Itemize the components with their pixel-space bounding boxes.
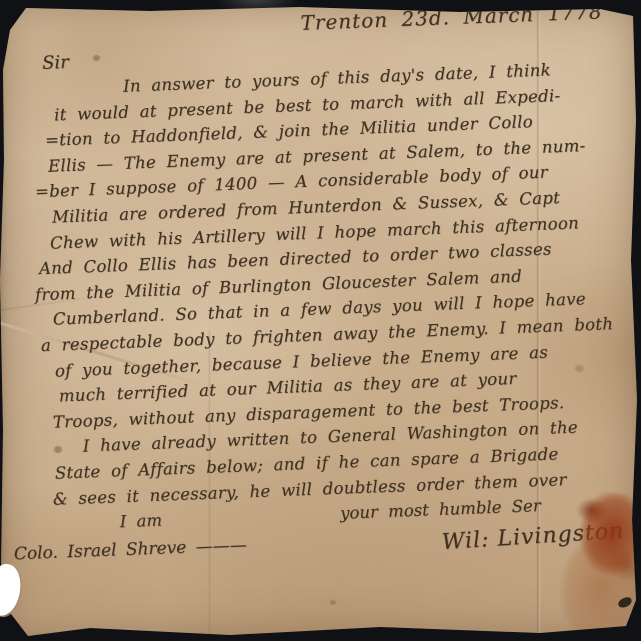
paper-speck [330,600,336,605]
paper-speck [54,446,62,453]
letter-body: In answer to yours of this day's date, I… [31,58,625,515]
paper-speck [93,55,100,61]
letter-paper: Trenton 23d. March 1778 Sir In answer to… [0,0,641,641]
paper-speck [575,365,584,372]
letter-text: Trenton 23d. March 1778 Sir In answer to… [29,0,628,568]
closing-i-am: I am [119,511,162,532]
wax-stain [544,487,641,639]
photo-background: Trenton 23d. March 1778 Sir In answer to… [0,0,641,641]
